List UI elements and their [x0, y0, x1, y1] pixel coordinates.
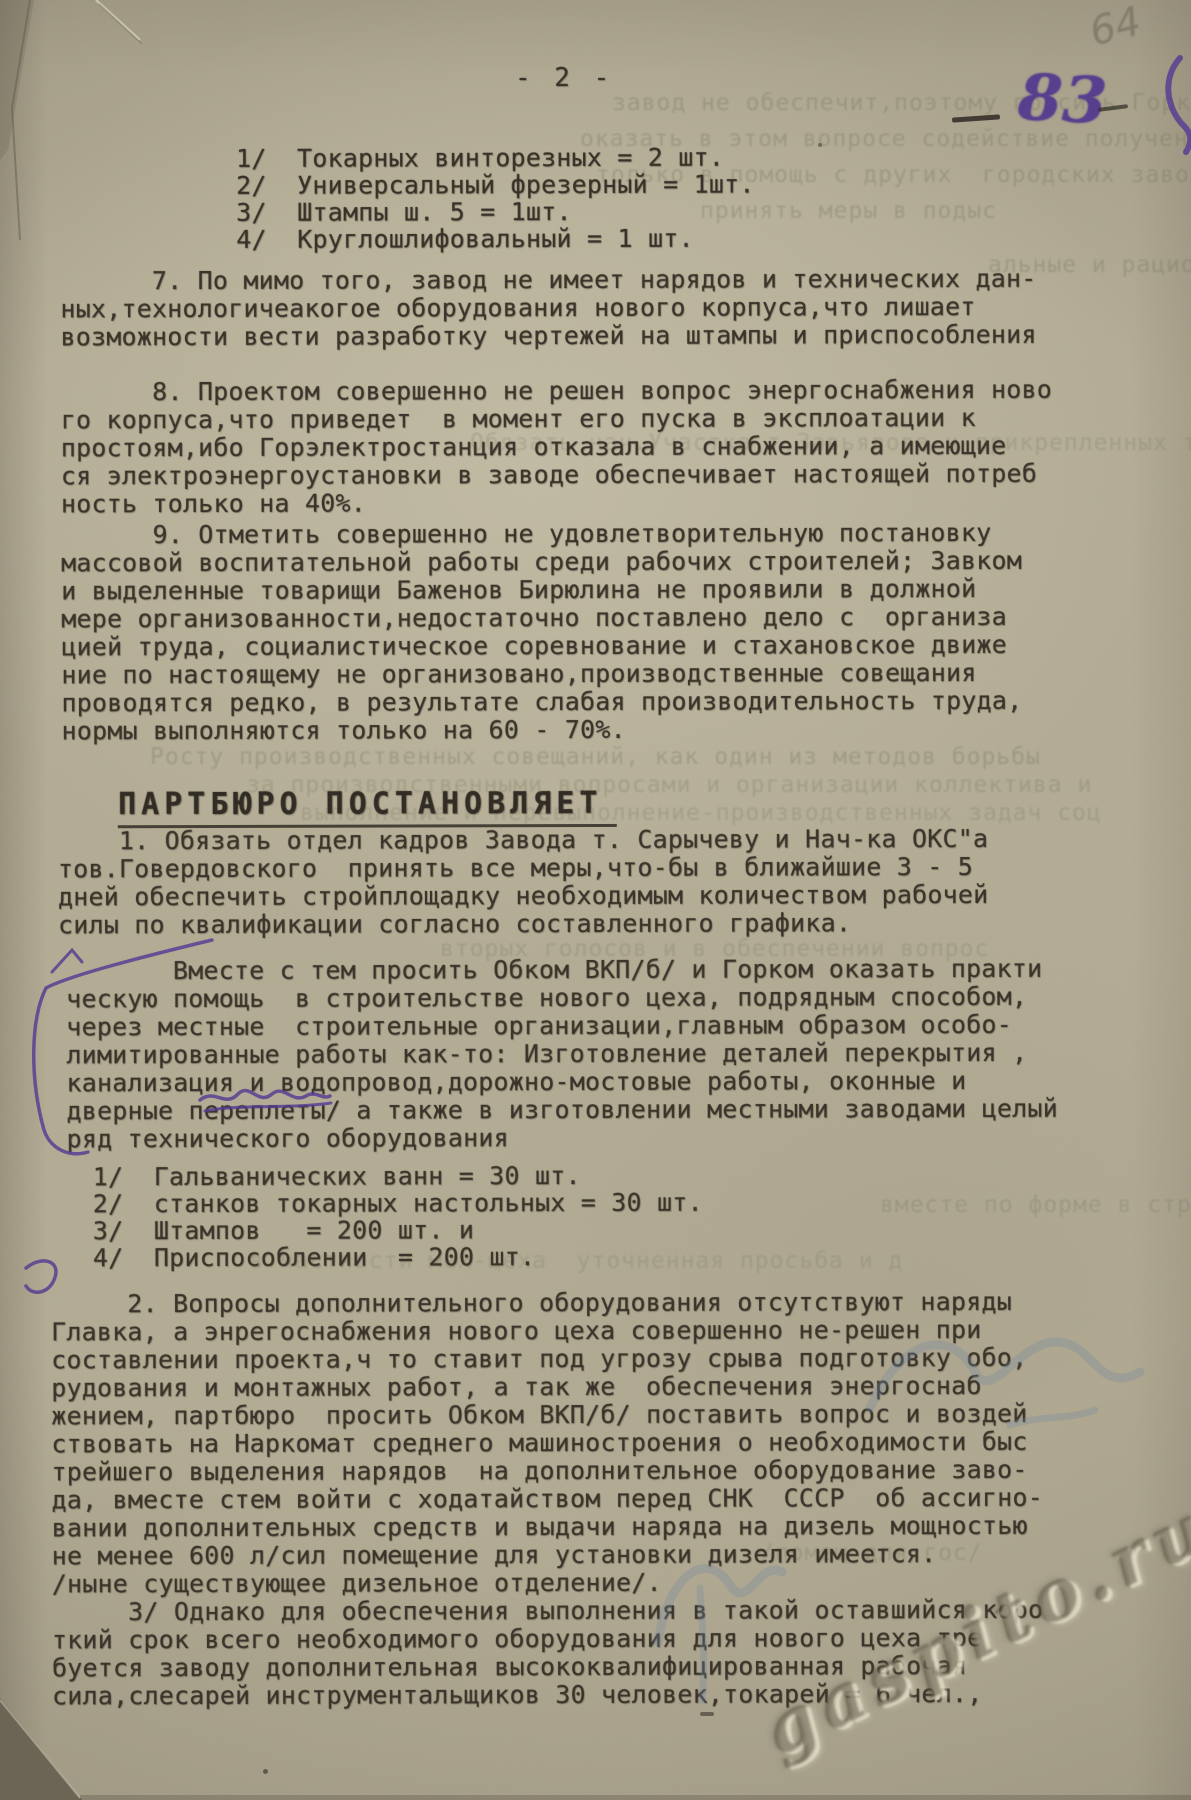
- required-items-list: 1/ Гальванических ванн = 30 шт. 2/ станк…: [93, 1162, 703, 1272]
- resolution-paragraph-2: 2. Вопросы дополнительного оборудования …: [51, 1288, 1043, 1599]
- finding-paragraph-8: 8. Проектом совершенно не решен вопрос э…: [61, 376, 1053, 519]
- resolution-heading-text: ПАРТБЮРО ПОСТАНОВЛЯЕТ: [118, 790, 616, 828]
- document-scan: завод не обеспечит,поэтому просить Горко…: [0, 0, 1191, 1800]
- finding-paragraph-7: 7. По мимо того, завод не имеет нарядов …: [60, 265, 1036, 352]
- resolution-paragraph-joint-request: Вместе с тем просить Обком ВКП/б/ и Горк…: [66, 955, 1058, 1154]
- equipment-list-top: 1/ Токарных винторезных = 2 шт. 2/ Униве…: [236, 144, 755, 253]
- ink-speck: [818, 143, 822, 147]
- ink-speck: [263, 1769, 268, 1774]
- finding-paragraph-9: 9. Отметить совершенно не удовлетворител…: [61, 519, 1022, 746]
- typewritten-body: 1/ Токарных винторезных = 2 шт. 2/ Униве…: [0, 0, 1191, 1800]
- ink-speck-dash: [700, 1712, 714, 1716]
- resolution-paragraph-1: 1. Обязать отдел кадров Завода т. Сарыче…: [58, 825, 989, 939]
